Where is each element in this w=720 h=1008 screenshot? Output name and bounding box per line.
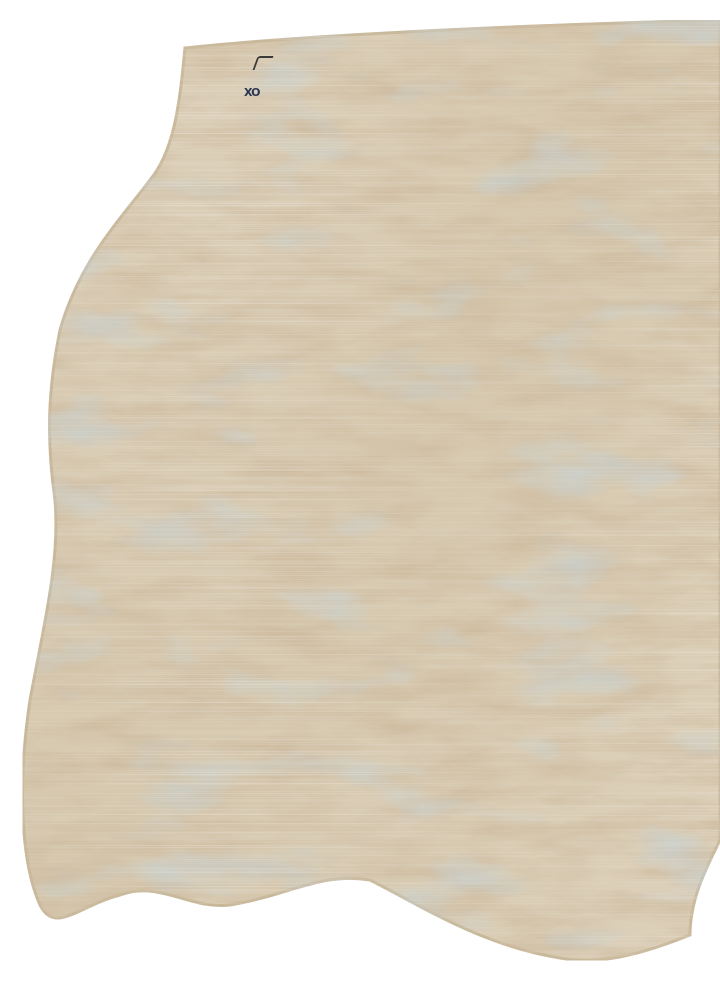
rug-body (23, 20, 720, 960)
rug-photo (0, 0, 720, 1008)
rug-tag-label: XO (244, 86, 259, 99)
